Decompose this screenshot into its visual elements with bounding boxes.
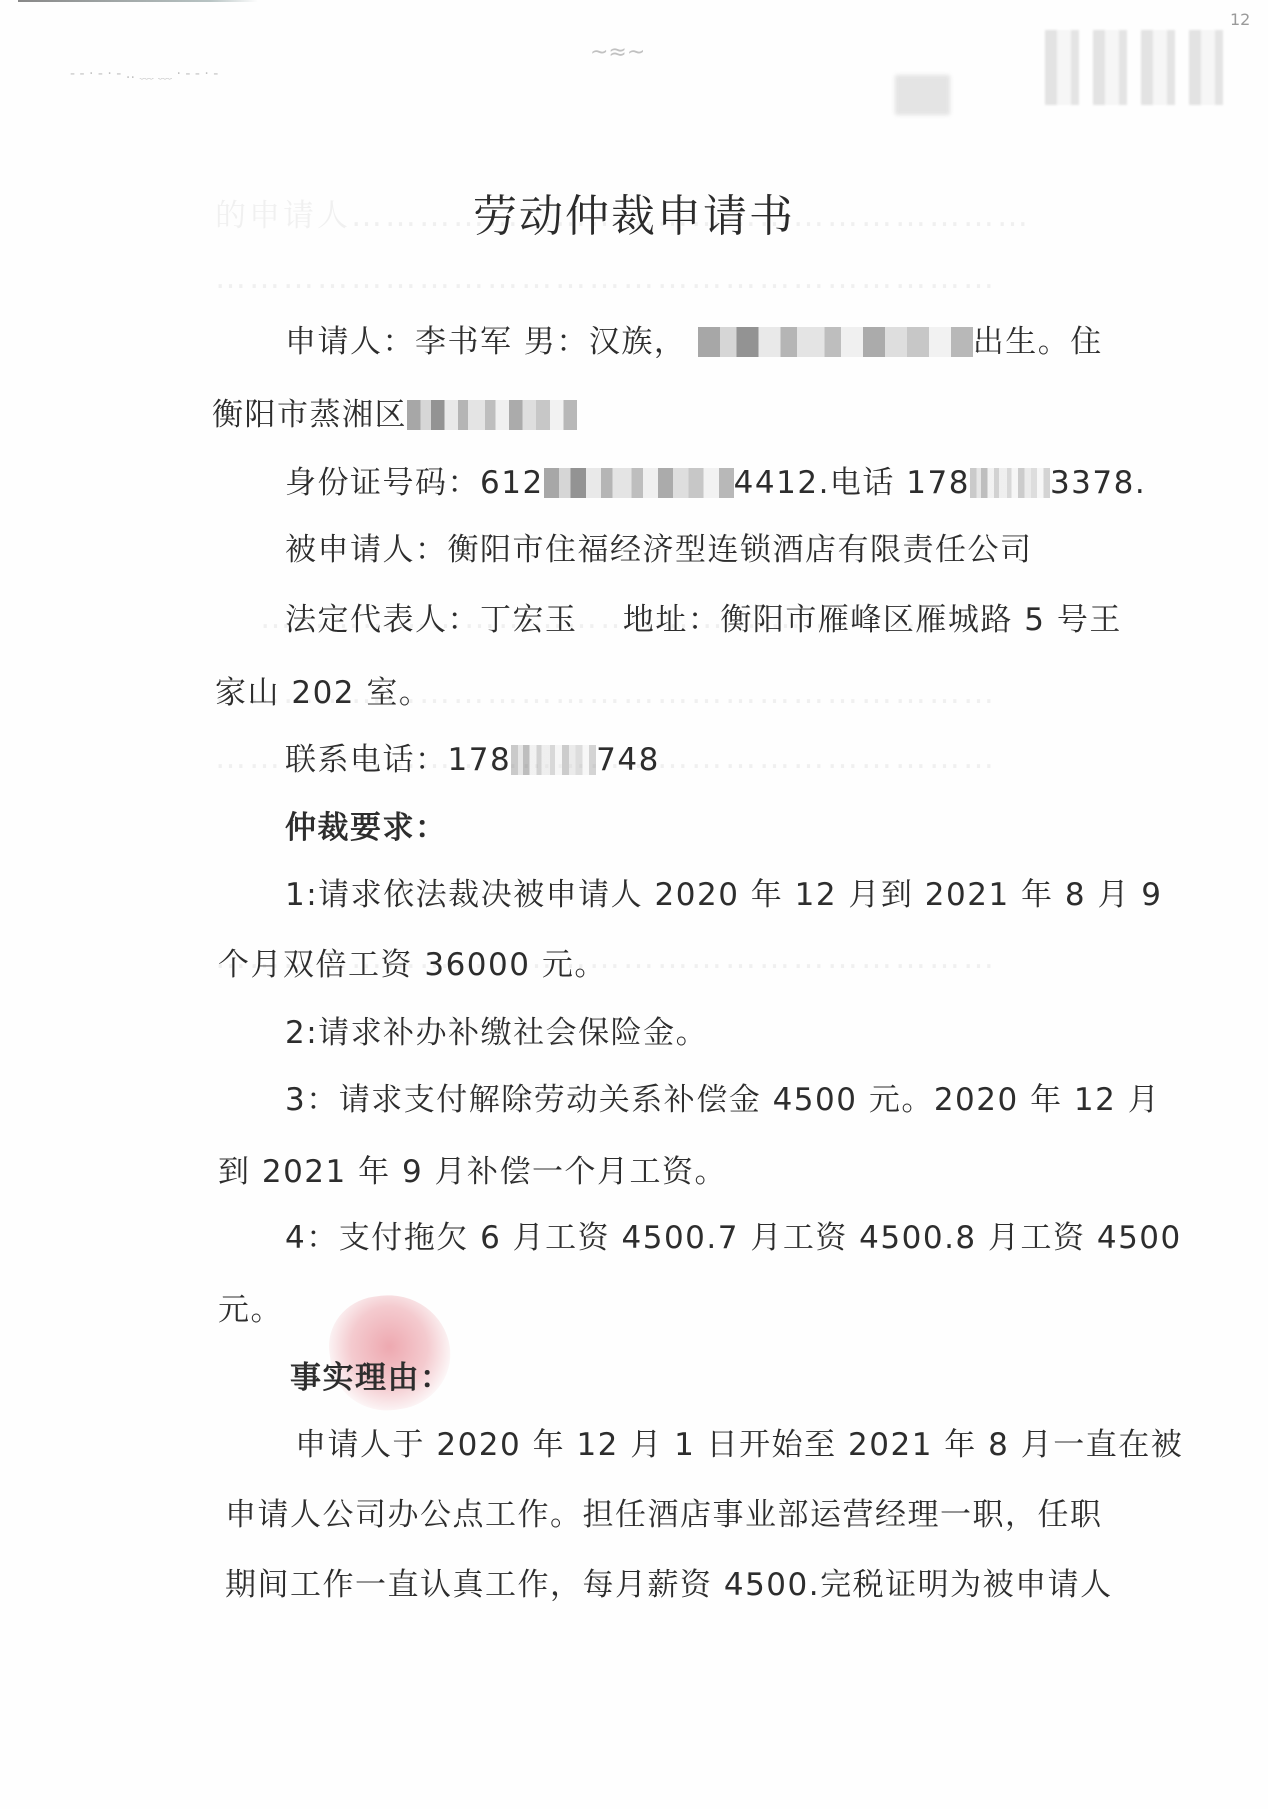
id-prefix: 612	[480, 465, 544, 501]
scanned-page: - - · - · - ‥ ﹏ ﹏ · - - · - ~≈~ 12 的申请人……	[0, 0, 1268, 1809]
redacted-phone	[970, 468, 1050, 498]
facts-line-2: 申请人公司办公点工作。担任酒店事业部运营经理一职，任职	[225, 1495, 1103, 1535]
respondent-name: 衡阳市住福经济型连锁酒店有限责任公司	[448, 532, 1033, 568]
phone-prefix: 178	[906, 465, 970, 501]
respondent-phone-line: 联系电话：178748	[285, 740, 660, 780]
phone-label: 电话	[830, 465, 895, 501]
redacted-corner-stamp	[1045, 30, 1235, 105]
applicant-label: 申请人：	[285, 324, 415, 360]
redacted-corner-mark	[895, 75, 950, 115]
request-2-line1: 2:请求补办补缴社会保险金。	[285, 1013, 708, 1053]
address-label: 地址：	[623, 602, 721, 638]
request-4-line2: 元。	[218, 1290, 283, 1330]
legal-rep-line: 法定代表人：丁宏玉 地址：衡阳市雁峰区雁城路 5 号王	[285, 600, 1122, 640]
request-3-line2: 到 2021 年 9 月补偿一个月工资。	[218, 1152, 727, 1192]
respondent-phone-prefix: 178	[448, 742, 512, 778]
request-1-line2: 个月双倍工资 36000 元。	[218, 945, 607, 985]
respondent-phone-suffix: 748	[596, 742, 660, 778]
applicant-address-line: 衡阳市蒸湘区	[212, 395, 577, 435]
applicant-name: 李书军	[415, 324, 513, 360]
redacted-id-number	[544, 468, 734, 498]
id-suffix: 4412.	[734, 465, 830, 501]
respondent-phone-label: 联系电话：	[285, 742, 448, 778]
facts-heading: 事实理由：	[290, 1358, 453, 1398]
request-3-line1: 3：请求支付解除劳动关系补偿金 4500 元。2020 年 12 月	[285, 1080, 1160, 1120]
bleed-through-text: ……………………………………………………………	[215, 260, 997, 296]
request-4-line1: 4：支付拖欠 6 月工资 4500.7 月工资 4500.8 月工资 4500	[285, 1218, 1182, 1258]
address-line1: 衡阳市雁峰区雁城路 5 号王	[720, 602, 1121, 638]
scan-edge-line	[18, 0, 258, 2]
applicant-gender: 男：	[524, 324, 589, 360]
redacted-respondent-phone	[511, 745, 596, 775]
respondent-label: 被申请人：	[285, 532, 448, 568]
respondent-line: 被申请人：衡阳市住福经济型连锁酒店有限责任公司	[285, 530, 1033, 570]
pink-stain	[323, 1287, 458, 1418]
faint-header-marks: - - · - · - ‥ ﹏ ﹏ · - - · -	[70, 63, 218, 83]
requests-heading: 仲裁要求：	[285, 808, 448, 848]
facts-line-1: 申请人于 2020 年 12 月 1 日开始至 2021 年 8 月一直在被	[295, 1425, 1183, 1465]
page-mark: 12	[1230, 10, 1250, 29]
applicant-birth-suffix: 出生。住	[973, 324, 1103, 360]
applicant-line: 申请人：李书军 男：汉族， 出生。住	[285, 322, 1103, 362]
rep-label: 法定代表人：	[285, 602, 480, 638]
redacted-birthdate	[698, 327, 973, 357]
request-1-line1: 1:请求依法裁决被申请人 2020 年 12 月到 2021 年 8 月 9	[285, 875, 1163, 915]
respondent-address-line2: 家山 202 室。	[215, 673, 431, 713]
applicant-ethnicity: 汉族，	[589, 324, 687, 360]
facts-line-3: 期间工作一直认真工作，每月薪资 4500.完税证明为被申请人	[225, 1565, 1113, 1605]
redacted-address	[407, 400, 577, 430]
id-label: 身份证号码：	[285, 465, 480, 501]
faint-handwriting-mark: ~≈~	[590, 40, 645, 65]
document-title: 劳动仲裁申请书	[0, 180, 1268, 244]
rep-name: 丁宏玉	[480, 602, 578, 638]
applicant-id-line: 身份证号码：6124412.电话 1783378.	[285, 463, 1146, 503]
applicant-address-prefix: 衡阳市蒸湘区	[212, 397, 407, 433]
phone-suffix: 3378.	[1050, 465, 1146, 501]
